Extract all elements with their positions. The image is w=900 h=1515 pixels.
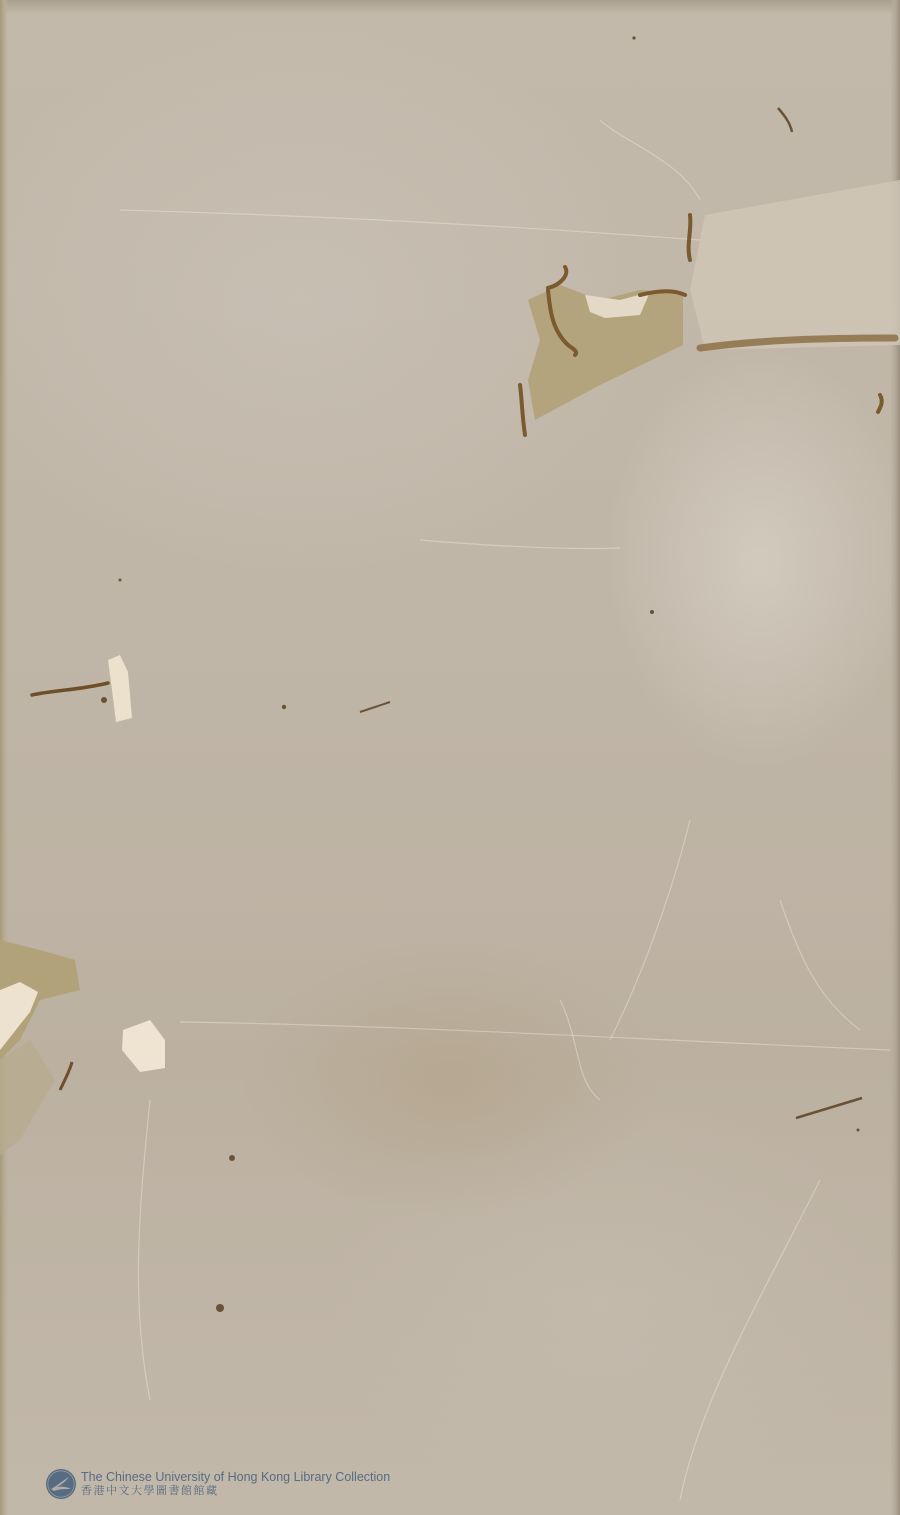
bottom-left-patch xyxy=(0,1040,55,1155)
bottom-left-stain xyxy=(60,1062,72,1090)
torn-patch-light xyxy=(690,180,900,350)
watermark-english-text: The Chinese University of Hong Kong Libr… xyxy=(81,1470,390,1484)
library-watermark: The Chinese University of Hong Kong Libr… xyxy=(45,1467,390,1501)
stain-streak-top xyxy=(778,108,792,132)
swallow-bird-logo-icon xyxy=(45,1468,77,1500)
left-tear-hole xyxy=(108,655,132,722)
paper-damage-layer xyxy=(0,0,900,1515)
stain-spot xyxy=(101,697,107,703)
stain-streak xyxy=(360,702,390,712)
watermark-chinese-text: 香港中文大學圖書館館藏 xyxy=(81,1484,390,1498)
bottom-tear-hole xyxy=(122,1020,165,1072)
left-crack-stain xyxy=(32,683,108,695)
document-page: The Chinese University of Hong Kong Libr… xyxy=(0,0,900,1515)
stain-streak-right xyxy=(796,1098,862,1118)
